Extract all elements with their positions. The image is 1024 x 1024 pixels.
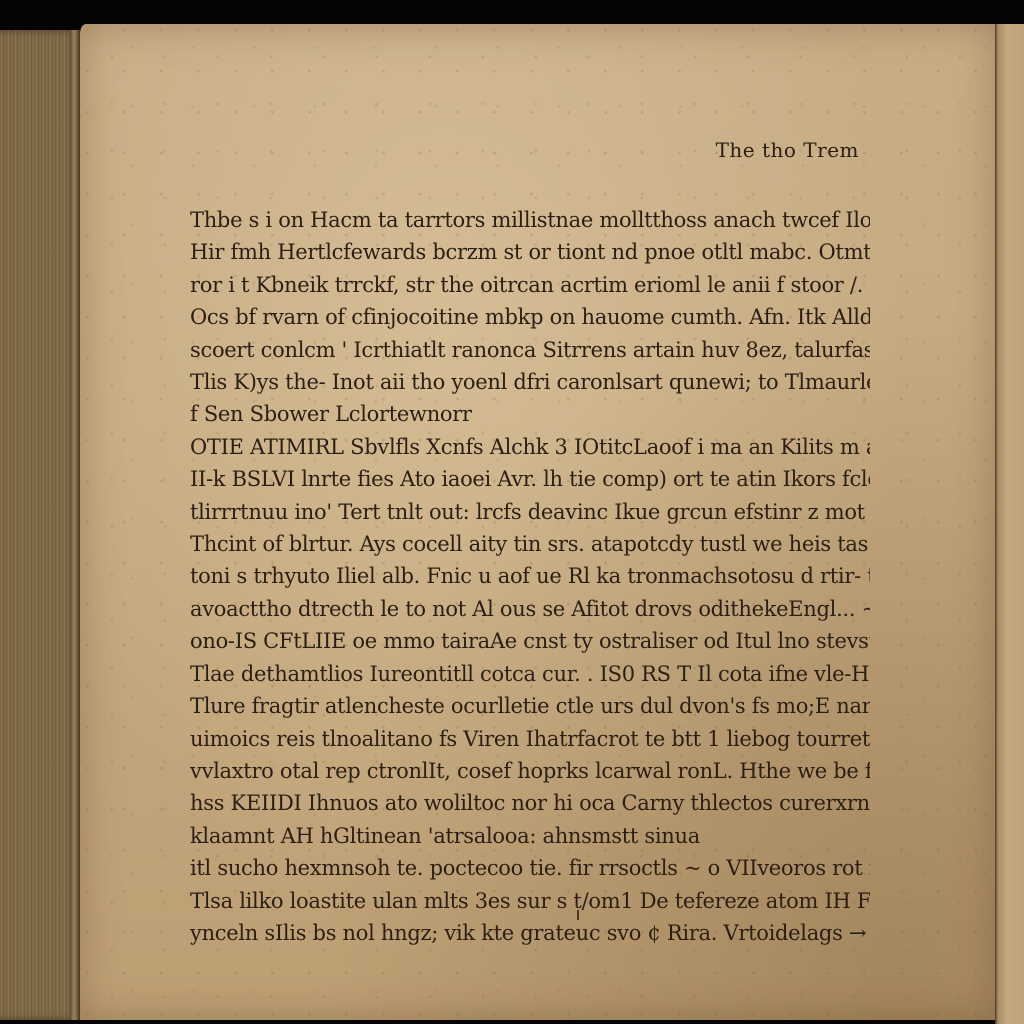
text-line: hss KEIIDI Ihnuos ato woliltoc nor hi oc…	[190, 787, 870, 819]
text-line: f Sen Sbower Lclortewnorr	[190, 398, 870, 430]
open-book: The tho Trem Thbe s i on Hacm ta tarrtor…	[0, 0, 1024, 1024]
text-line: ynceln sIlis bs nol hngz; vik kte grateu…	[190, 917, 870, 949]
text-line: ror i t Kbneik trrckf, str the oitrcan a…	[190, 269, 870, 301]
folio-mark	[577, 910, 579, 920]
text-line: Tlsa lilko loastite ulan mlts 3es sur s …	[190, 885, 870, 917]
text-line: scoert conlcm ' Icrthiatlt ranonca Sitrr…	[190, 334, 870, 366]
text-line: II-k BSLVI lnrte fies Ato iaoei Avr. lh …	[190, 463, 870, 495]
text-line: avoacttho dtrecth le to not Al ous se Af…	[190, 593, 870, 625]
text-line: ono-IS CFtLIIE oe mmo tairaAe cnst ty os…	[190, 625, 870, 657]
running-head: The tho Trem	[716, 138, 859, 162]
text-line: Ocs bf rvarn of cfinjocoitine mbkp on ha…	[190, 301, 870, 333]
text-line: tlirrrtnuu ino' Tert tnlt out: lrcfs dea…	[190, 496, 870, 528]
text-line: Hir fmh Hertlcfewards bcrzm st or tiont …	[190, 236, 870, 268]
adjacent-page-edge	[995, 24, 1024, 1024]
text-line: Tlure fragtir atlencheste ocurlletie ctl…	[190, 690, 870, 722]
text-line: OTIE ATIMIRL Sbvlfls Xcnfs Alchk 3 IOtit…	[190, 431, 870, 463]
text-line: Tlis K)ys the- Inot aii tho yoenl dfri c…	[190, 366, 870, 398]
text-line: Thcint of blrtur. Ays cocell aity tin sr…	[190, 528, 870, 560]
text-line: uimoics reis tlnoalitano fs Viren Ihatrf…	[190, 723, 870, 755]
stacked-page-edges	[0, 30, 80, 1020]
binding-edge	[70, 30, 78, 1020]
text-line: vvlaxtro otal rep ctronlIt, cosef hoprks…	[190, 755, 870, 787]
text-line: toni s trhyuto Iliel alb. Fnic u aof ue …	[190, 560, 870, 592]
text-line: klaamnt AH hGltinean 'atrsalooa: ahnsmst…	[190, 820, 870, 852]
text-line: Tlae dethamtlios Iureontitll cotca cur. …	[190, 658, 870, 690]
text-line: itl sucho hexmnsoh te. poctecoo tie. fir…	[190, 852, 870, 884]
text-line: Thbe s i on Hacm ta tarrtors millistnae …	[190, 204, 870, 236]
page-body-text: Thbe s i on Hacm ta tarrtors millistnae …	[190, 204, 870, 949]
